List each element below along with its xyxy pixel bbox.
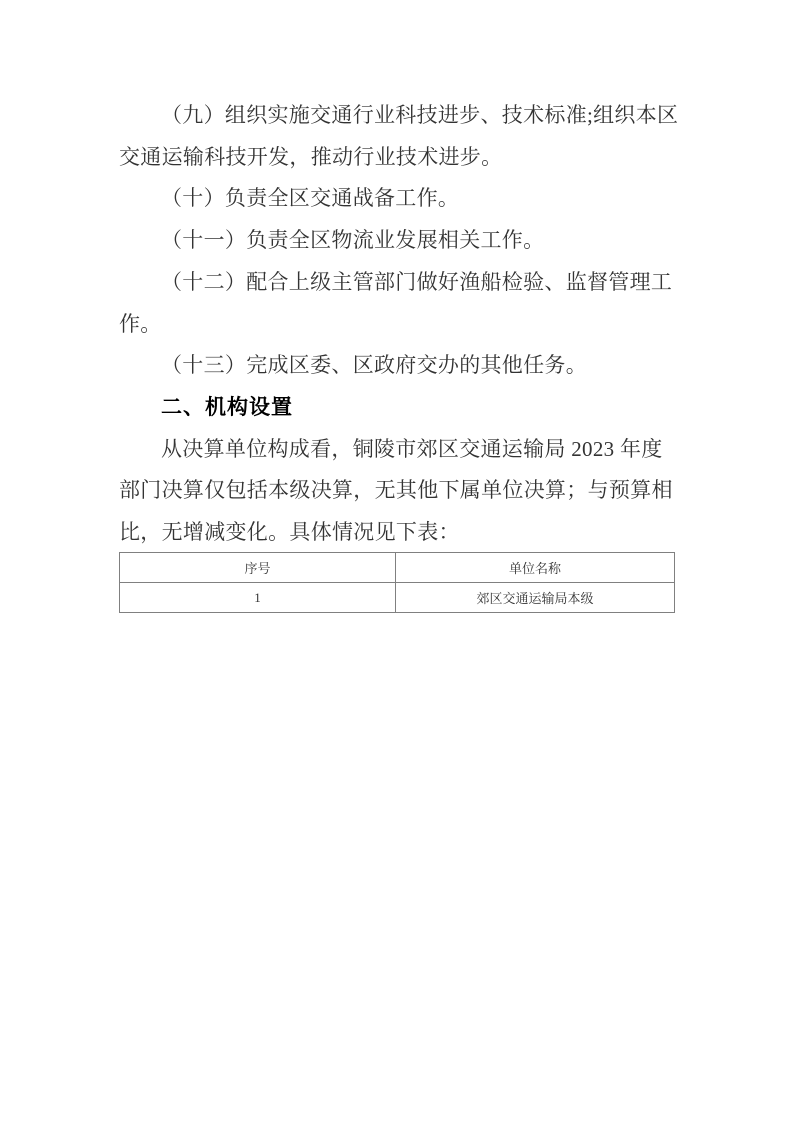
text-line: 作。 <box>119 304 675 346</box>
section-heading-org-setup: 二、机构设置 <box>119 387 675 429</box>
text-line: （九）组织实施交通行业科技进步、技术标准;组织本区 <box>119 95 675 137</box>
section-heading-text: 二、机构设置 <box>119 387 675 429</box>
document-body: （九）组织实施交通行业科技进步、技术标准;组织本区 交通运输科技开发，推动行业技… <box>119 95 675 554</box>
text-line: 从决算单位构成看，铜陵市郊区交通运输局 2023 年度 <box>119 429 675 471</box>
text-line: （十二）配合上级主管部门做好渔船检验、监督管理工 <box>119 262 675 304</box>
paragraph-item-12: （十二）配合上级主管部门做好渔船检验、监督管理工 作。 <box>119 262 675 345</box>
document-page: （九）组织实施交通行业科技进步、技术标准;组织本区 交通运输科技开发，推动行业技… <box>0 0 793 1122</box>
cell-index: 1 <box>120 583 396 613</box>
text-line: 比，无增减变化。具体情况见下表： <box>119 512 675 554</box>
text-line: （十三）完成区委、区政府交办的其他任务。 <box>119 345 675 387</box>
units-table: 序号 单位名称 1 郊区交通运输局本级 <box>119 552 675 613</box>
column-header-unit-name: 单位名称 <box>396 553 675 583</box>
paragraph-item-13: （十三）完成区委、区政府交办的其他任务。 <box>119 345 675 387</box>
paragraph-intro-units: 从决算单位构成看，铜陵市郊区交通运输局 2023 年度 部门决算仅包括本级决算，… <box>119 429 675 554</box>
paragraph-item-9: （九）组织实施交通行业科技进步、技术标准;组织本区 交通运输科技开发，推动行业技… <box>119 95 675 178</box>
paragraph-item-11: （十一）负责全区物流业发展相关工作。 <box>119 220 675 262</box>
cell-unit-name: 郊区交通运输局本级 <box>396 583 675 613</box>
text-line: （十一）负责全区物流业发展相关工作。 <box>119 220 675 262</box>
column-header-index: 序号 <box>120 553 396 583</box>
table-row: 1 郊区交通运输局本级 <box>120 583 675 613</box>
paragraph-item-10: （十）负责全区交通战备工作。 <box>119 178 675 220</box>
table-header-row: 序号 单位名称 <box>120 553 675 583</box>
text-line: （十）负责全区交通战备工作。 <box>119 178 675 220</box>
text-line: 交通运输科技开发，推动行业技术进步。 <box>119 137 675 179</box>
text-line: 部门决算仅包括本级决算，无其他下属单位决算；与预算相 <box>119 470 675 512</box>
